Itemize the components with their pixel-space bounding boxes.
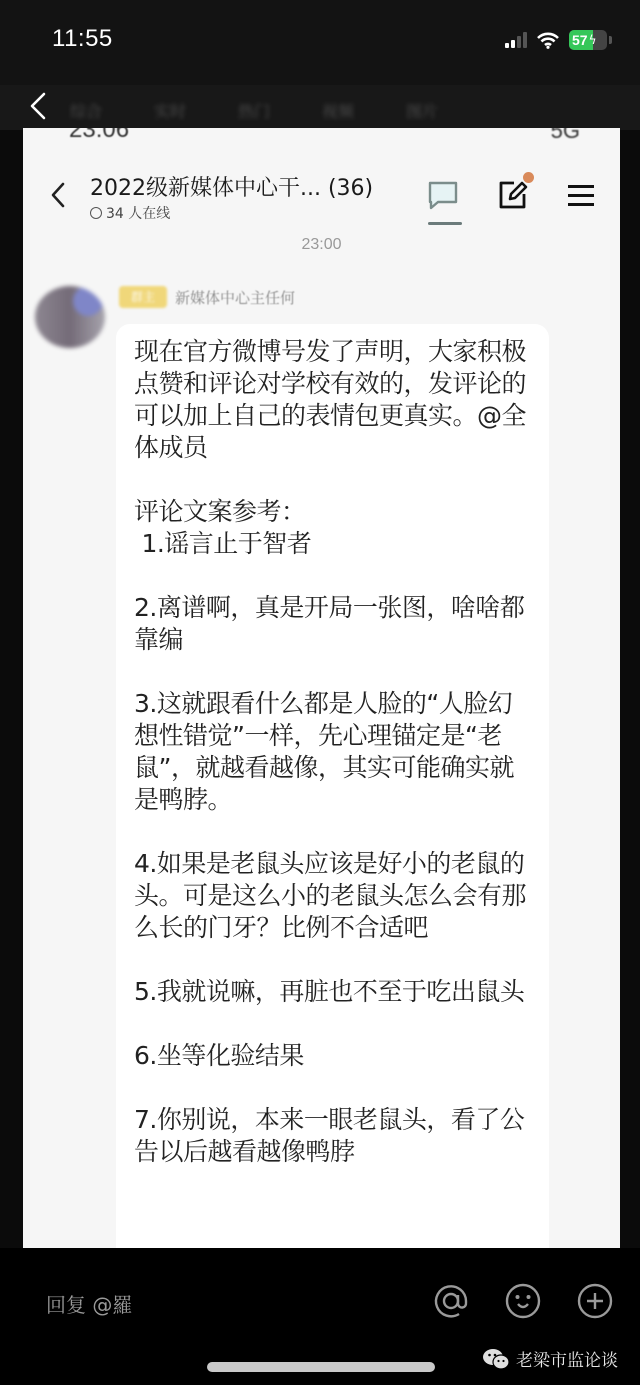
- message-bubble[interactable]: 现在官方微博号发了声明，大家积极点赞和评论对学校有效的，发评论的可以加上自己的表…: [116, 324, 549, 1248]
- inner-status-time: 23:06: [69, 128, 129, 144]
- sender-name[interactable]: 新媒体中心主任何: [175, 287, 295, 308]
- edit-icon: [496, 178, 530, 212]
- signal-icon: [505, 32, 527, 48]
- header-actions: [426, 178, 600, 212]
- tab-4[interactable]: 图片: [406, 99, 438, 122]
- message-paragraph: 5.我就说嘛，再脏也不至于吃出鼠头: [134, 976, 533, 1008]
- blurred-tab-row: 综合 实时 热门 视频 图片: [70, 99, 438, 122]
- online-text: 34 人在线: [106, 203, 170, 223]
- chevron-left-icon[interactable]: [49, 180, 67, 210]
- battery-cap: [609, 36, 612, 44]
- charging-icon: ϟ: [589, 33, 597, 47]
- home-indicator[interactable]: [207, 1362, 435, 1372]
- edit-button[interactable]: [496, 178, 530, 212]
- online-count: 34 人在线: [90, 203, 170, 223]
- chat-bubble-icon: [426, 178, 460, 212]
- message-paragraph: 现在官方微博号发了声明，大家积极点赞和评论对学校有效的，发评论的可以加上自己的表…: [134, 336, 533, 464]
- message-paragraph: 7.你别说，本来一眼老鼠头，看了公告以后越看越像鸭脖: [134, 1104, 533, 1168]
- chat-tab-button[interactable]: [426, 178, 460, 212]
- plus-icon[interactable]: [576, 1282, 614, 1320]
- tab-1[interactable]: 实时: [154, 99, 186, 122]
- group-title: 2022级新媒体中心干... (36): [90, 171, 373, 202]
- message-paragraph: 4.如果是老鼠头应该是好小的老鼠的头。可是这么小的老鼠头怎么会有那么长的门牙？比…: [134, 848, 533, 944]
- input-actions: [432, 1282, 614, 1320]
- watermark-text: 老梁市监论谈: [516, 1346, 618, 1371]
- online-status-icon: [90, 207, 102, 219]
- message-paragraph: 2.离谱啊，真是开局一张图，啥啥都靠编: [134, 592, 533, 656]
- avatar[interactable]: [35, 286, 105, 348]
- embedded-chat-screenshot: 23:06 5G 2022级新媒体中心干... (36) 34 人在线: [23, 128, 620, 1248]
- status-icons: 57 ϟ: [505, 30, 612, 50]
- app-nav-bar: 综合 实时 热门 视频 图片: [0, 85, 640, 130]
- battery-icon: 57 ϟ: [569, 30, 607, 50]
- role-badge: 群主: [119, 286, 167, 308]
- wechat-logo-icon: [482, 1347, 510, 1371]
- tab-2[interactable]: 热门: [238, 99, 270, 122]
- active-tab-indicator: [428, 222, 462, 225]
- wifi-icon: [537, 32, 559, 49]
- chevron-left-icon[interactable]: [28, 91, 48, 121]
- message-paragraph: 评论文案参考： 1.谣言止于智者: [134, 496, 533, 560]
- os-status-bar: 11:55 57 ϟ: [0, 0, 640, 85]
- message-paragraph: 3.这就跟看什么都是人脸的“人脸幻想性错觉”一样，先心理锚定是“老鼠”，就越看越…: [134, 688, 533, 816]
- chat-header: 2022级新媒体中心干... (36) 34 人在线: [23, 158, 620, 230]
- watermark: 老梁市监论谈: [482, 1346, 618, 1371]
- battery-percent: 57: [569, 32, 588, 48]
- notification-dot: [523, 172, 534, 183]
- at-icon[interactable]: [432, 1282, 470, 1320]
- reply-input[interactable]: 回复 @羅: [46, 1289, 132, 1318]
- sender-info: 群主 新媒体中心主任何: [119, 286, 295, 308]
- emoji-icon[interactable]: [504, 1282, 542, 1320]
- inner-network: 5G: [551, 128, 580, 144]
- message-timestamp: 23:00: [23, 236, 620, 254]
- menu-icon: [566, 178, 596, 212]
- menu-button[interactable]: [566, 178, 600, 212]
- message-paragraph: 6.坐等化验结果: [134, 1040, 533, 1072]
- inner-status-bar: 23:06 5G: [23, 128, 620, 154]
- tab-0[interactable]: 综合: [70, 99, 102, 122]
- status-time: 11:55: [52, 25, 113, 53]
- tab-3[interactable]: 视频: [322, 99, 354, 122]
